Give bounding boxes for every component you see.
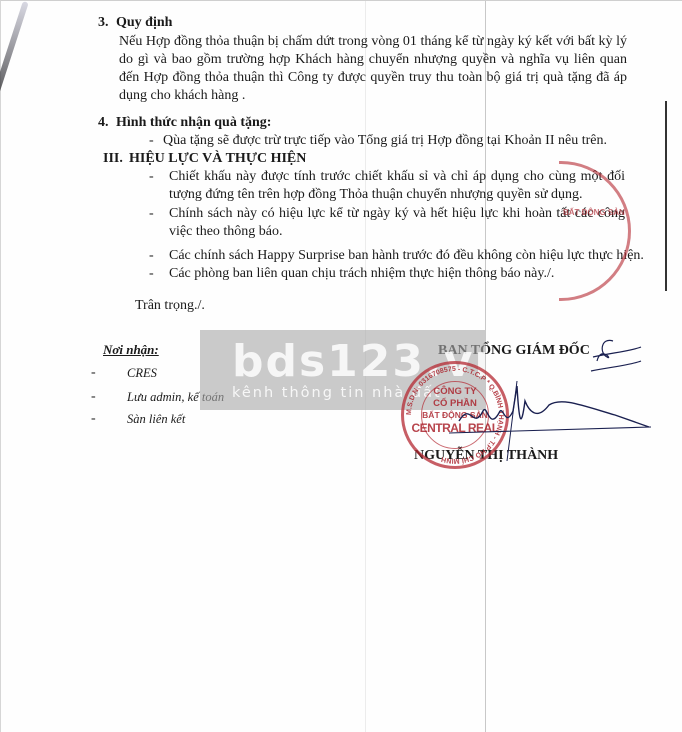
handwritten-signatures [1, 1, 682, 732]
document-page: 3. Quy định Nếu Hợp đồng thỏa thuận bị c… [0, 0, 682, 732]
